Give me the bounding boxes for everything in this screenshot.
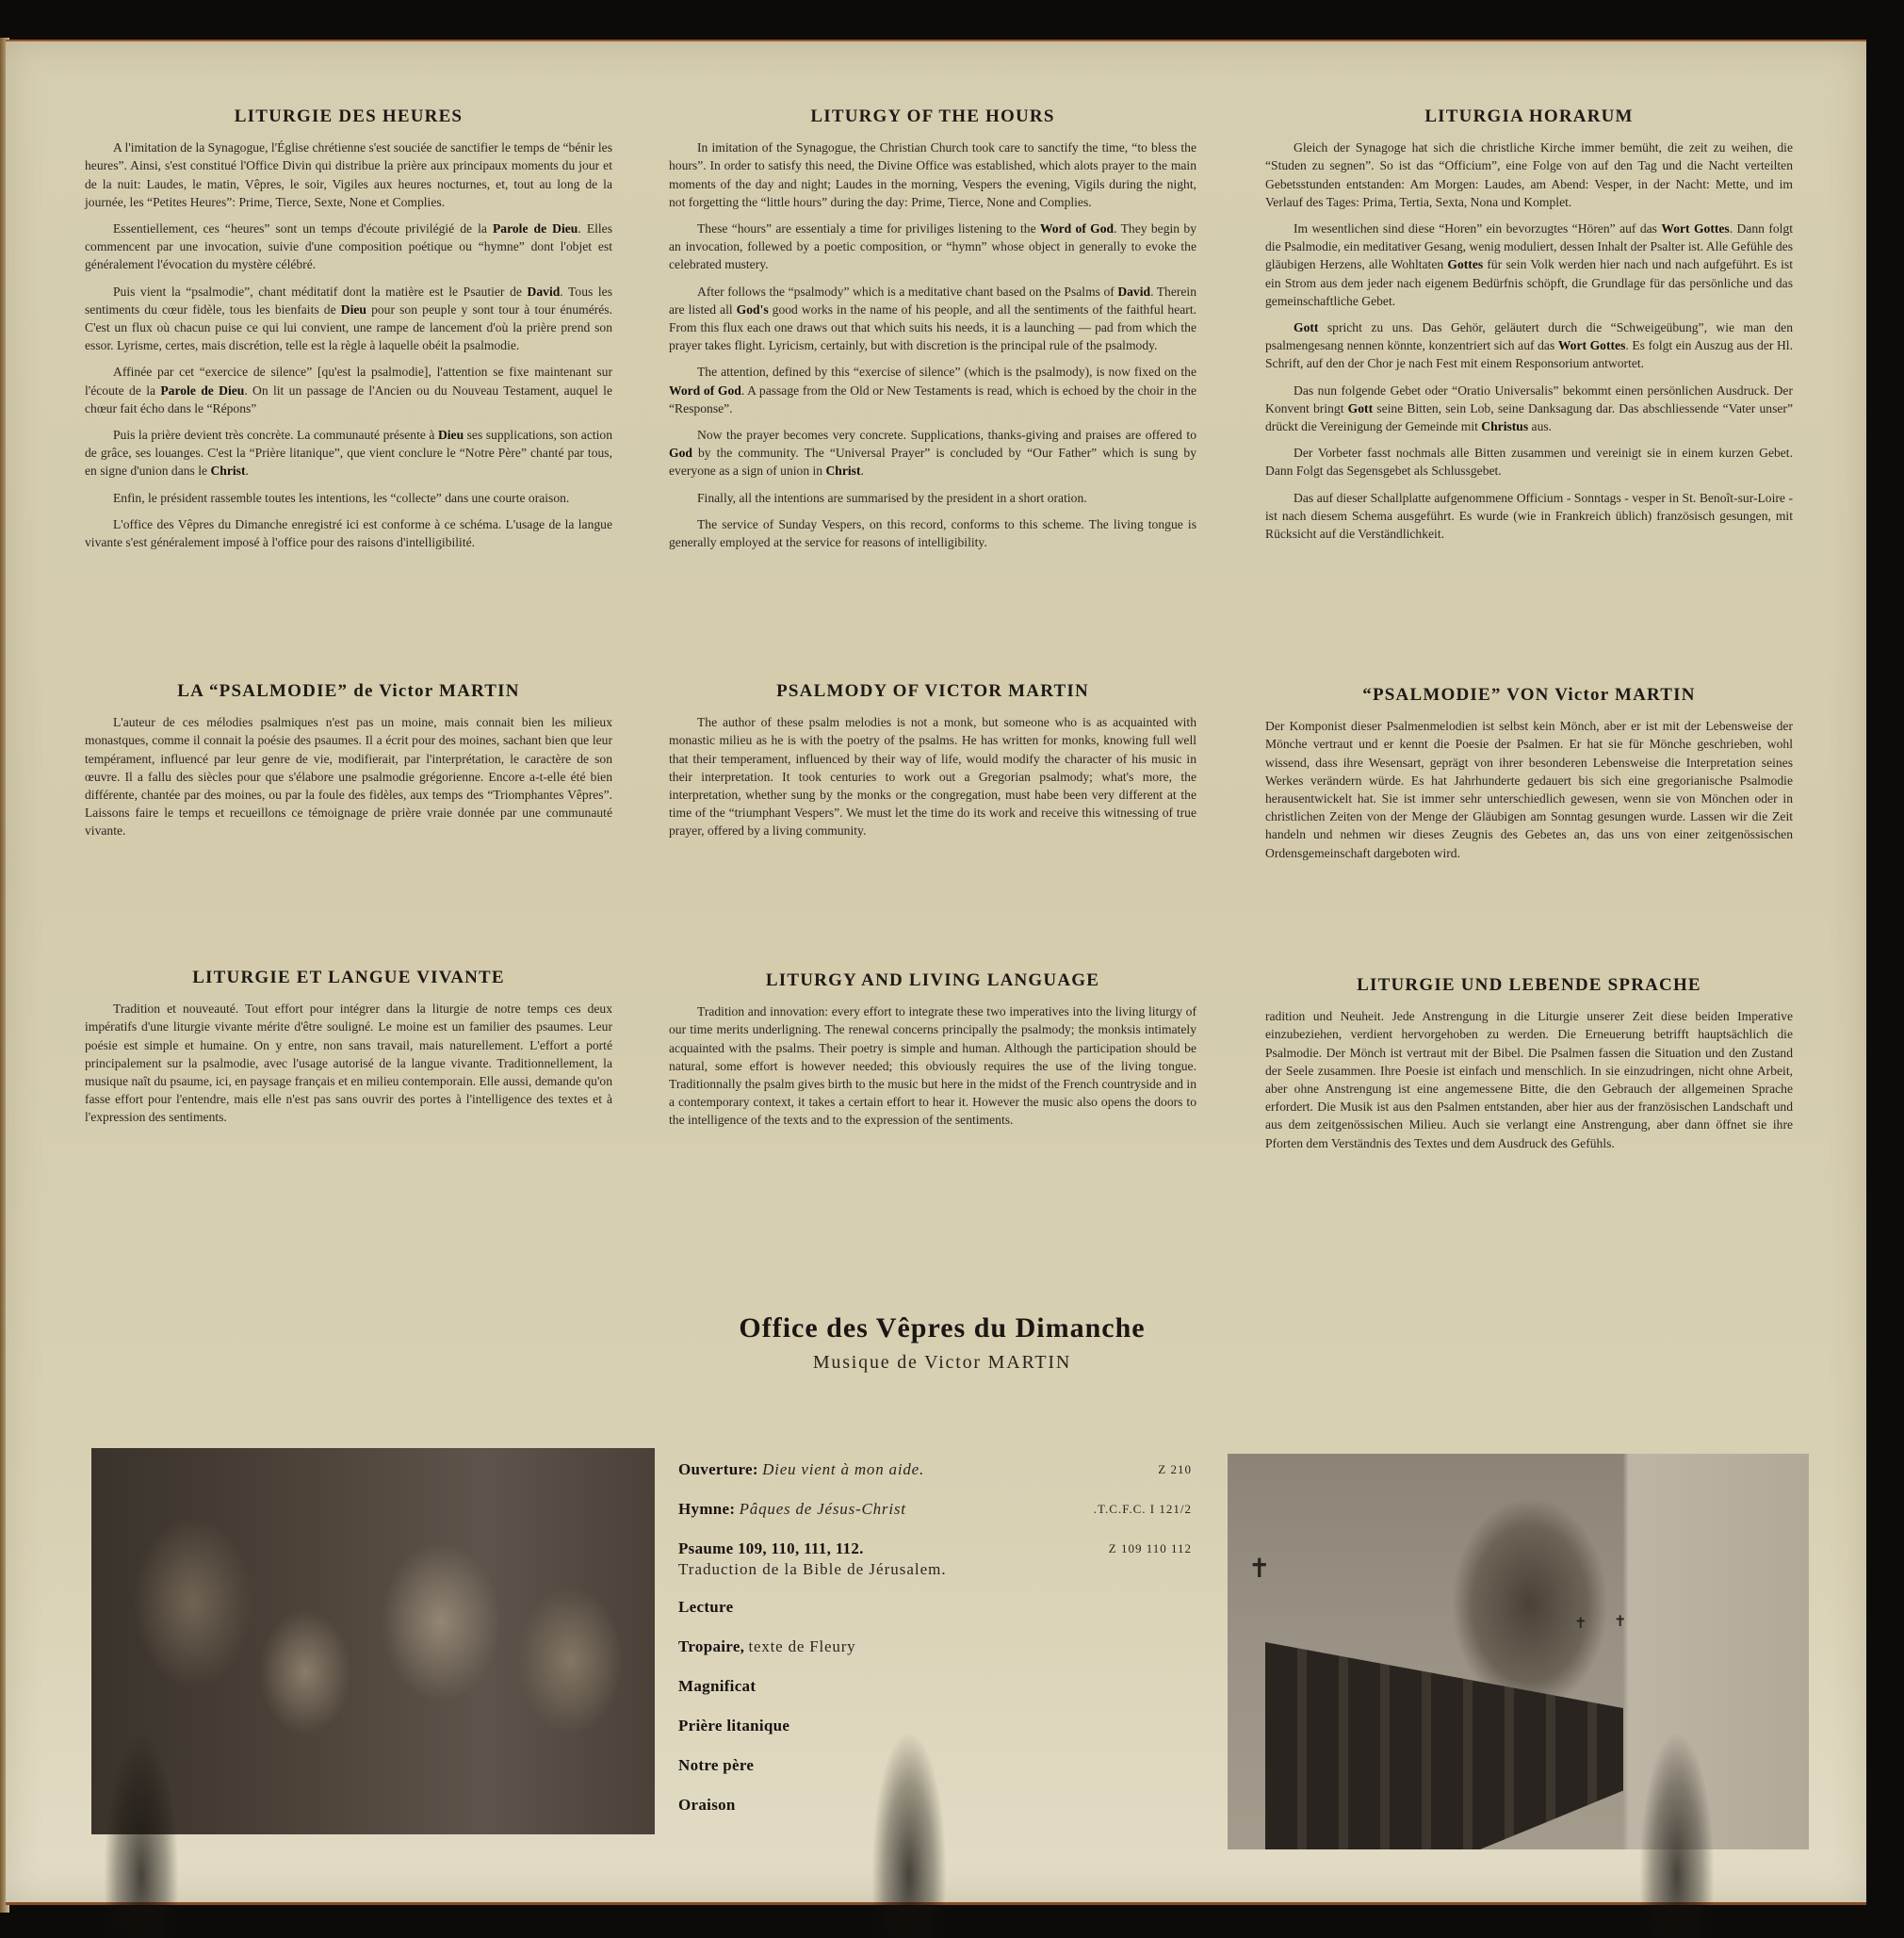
track-name: Prière litanique — [678, 1717, 789, 1734]
paragraph: Gott spricht zu uns. Das Gehör, geläuter… — [1265, 318, 1793, 373]
paragraph: Tradition and innovation: every effort t… — [669, 1002, 1196, 1129]
section-heading: “PSALMODIE” VON Victor MARTIN — [1265, 686, 1793, 704]
track-item: Ouverture: Dieu vient à mon aide.Z 210 — [678, 1460, 1192, 1481]
section-de-sprache: LITURGIE UND LEBENDE SPRACHE radition un… — [1265, 976, 1793, 1161]
paragraph: The attention, defined by this “exercise… — [669, 363, 1196, 417]
section-heading: LITURGY AND LIVING LANGUAGE — [669, 971, 1196, 989]
paragraph: Im wesentlichen sind diese “Horen” ein b… — [1265, 220, 1793, 310]
section-body: Tradition and innovation: every effort t… — [669, 1002, 1196, 1129]
paragraph: After follows the “psalmody” which is a … — [669, 283, 1196, 355]
section-body: Der Komponist dieser Psalmenmelodien ist… — [1265, 717, 1793, 862]
track-name: Psaume 109, 110, 111, 112. — [678, 1539, 864, 1557]
paragraph: Tradition et nouveauté. Tout effort pour… — [85, 1000, 612, 1126]
paragraph: Puis vient la “psalmodie”, chant méditat… — [85, 283, 612, 355]
track-item: Hymne: Pâques de Jésus-Christ.T.C.F.C. I… — [678, 1500, 1192, 1521]
paragraph: In imitation of the Synagogue, the Chris… — [669, 138, 1196, 211]
finger-shadow — [1639, 1731, 1715, 1938]
paragraph: Der Komponist dieser Psalmenmelodien ist… — [1265, 717, 1793, 862]
monk-row-figure — [1265, 1614, 1623, 1849]
section-body: radition und Neuheit. Jede Anstrengung i… — [1265, 1007, 1793, 1152]
section-heading: LITURGIE DES HEURES — [85, 107, 612, 125]
track-detail: Pâques de Jésus-Christ — [740, 1500, 906, 1518]
paragraph: A l'imitation de la Synagogue, l'Église … — [85, 138, 612, 211]
photo-monks-choir-in-crypt: ✝ ✝ ✝ — [1228, 1454, 1809, 1849]
section-en-psalmody: PSALMODY OF VICTOR MARTIN The author of … — [669, 682, 1196, 849]
paragraph: Essentiellement, ces “heures” sont un te… — [85, 220, 612, 274]
paragraph: The service of Sunday Vespers, on this r… — [669, 515, 1196, 551]
track-item: Lecture — [678, 1598, 1192, 1619]
paragraph: Puis la prière devient très concrète. La… — [85, 426, 612, 480]
track-name: Oraison — [678, 1796, 736, 1814]
program-title-block: Office des Vêpres du Dimanche Musique de… — [659, 1312, 1225, 1374]
paragraph: These “hours” are essentialy a time for … — [669, 220, 1196, 274]
paragraph: Affinée par cet “exercice de silence” [q… — [85, 363, 612, 417]
paragraph: Now the prayer becomes very concrete. Su… — [669, 426, 1196, 480]
track-item: Psaume 109, 110, 111, 112.Z 109 110 112T… — [678, 1539, 1192, 1579]
section-heading: PSALMODY OF VICTOR MARTIN — [669, 682, 1196, 700]
program-subtitle: Musique de Victor MARTIN — [659, 1352, 1225, 1374]
paragraph: Der Vorbeter fasst nochmals alle Bitten … — [1265, 444, 1793, 480]
section-en-liturgy: LITURGY OF THE HOURS In imitation of the… — [669, 107, 1196, 560]
track-item: Tropaire, texte de Fleury — [678, 1637, 1192, 1658]
section-fr-langue: LITURGIE ET LANGUE VIVANTE Tradition et … — [85, 969, 612, 1135]
cross-icon: ✝ — [1248, 1553, 1270, 1585]
track-catalog-ref: Z 109 110 112 — [1109, 1541, 1192, 1556]
paragraph: L'auteur de ces mélodies psalmiques n'es… — [85, 713, 612, 839]
track-detail: texte de Fleury — [748, 1637, 855, 1655]
section-body: L'auteur de ces mélodies psalmiques n'es… — [85, 713, 612, 839]
paragraph: Finally, all the intentions are summaris… — [669, 489, 1196, 507]
section-heading: LITURGY OF THE HOURS — [669, 107, 1196, 125]
paragraph: L'office des Vêpres du Dimanche enregist… — [85, 515, 612, 551]
cross-icon: ✝ — [1614, 1612, 1626, 1631]
program-title: Office des Vêpres du Dimanche — [659, 1312, 1225, 1344]
section-heading: LITURGIE ET LANGUE VIVANTE — [85, 969, 612, 986]
track-name: Ouverture: — [678, 1460, 758, 1478]
section-body: Tradition et nouveauté. Tout effort pour… — [85, 1000, 612, 1126]
section-fr-liturgie: LITURGIE DES HEURES A l'imitation de la … — [85, 107, 612, 560]
finger-shadow — [871, 1731, 947, 1938]
paragraph: The author of these psalm melodies is no… — [669, 713, 1196, 839]
track-note: Traduction de la Bible de Jérusalem. — [678, 1560, 1192, 1579]
section-body: The author of these psalm melodies is no… — [669, 713, 1196, 839]
section-body: Gleich der Synagoge hat sich die christl… — [1265, 138, 1793, 543]
track-detail: Dieu vient à mon aide. — [762, 1460, 924, 1478]
section-body: In imitation of the Synagogue, the Chris… — [669, 138, 1196, 551]
section-heading: LITURGIA HORARUM — [1265, 107, 1793, 125]
finger-shadow — [104, 1731, 179, 1938]
paragraph: Das nun folgende Gebet oder “Oratio Univ… — [1265, 382, 1793, 436]
section-de-liturgia: LITURGIA HORARUM Gleich der Synagoge hat… — [1265, 107, 1793, 551]
section-en-language: LITURGY AND LIVING LANGUAGE Tradition an… — [669, 971, 1196, 1138]
track-catalog-ref: .T.C.F.C. I 121/2 — [1094, 1502, 1192, 1517]
track-name: Notre père — [678, 1756, 754, 1774]
paragraph: Das auf dieser Schallplatte aufgenommene… — [1265, 489, 1793, 544]
track-name: Tropaire, — [678, 1637, 744, 1655]
track-name: Hymne: — [678, 1500, 735, 1518]
paragraph: Gleich der Synagoge hat sich die christl… — [1265, 138, 1793, 211]
track-name: Lecture — [678, 1598, 733, 1616]
cross-icon: ✝ — [1574, 1614, 1587, 1633]
paragraph: radition und Neuheit. Jede Anstrengung i… — [1265, 1007, 1793, 1152]
track-item: Magnificat — [678, 1677, 1192, 1698]
section-de-psalmodie: “PSALMODIE” VON Victor MARTIN Der Kompon… — [1265, 686, 1793, 871]
section-body: A l'imitation de la Synagogue, l'Église … — [85, 138, 612, 551]
section-heading: LA “PSALMODIE” de Victor MARTIN — [85, 682, 612, 700]
section-fr-psalmodie: LA “PSALMODIE” de Victor MARTIN L'auteur… — [85, 682, 612, 849]
paragraph: Enfin, le président rassemble toutes les… — [85, 489, 612, 507]
track-catalog-ref: Z 210 — [1158, 1462, 1192, 1477]
section-heading: LITURGIE UND LEBENDE SPRACHE — [1265, 976, 1793, 994]
track-name: Magnificat — [678, 1677, 756, 1695]
